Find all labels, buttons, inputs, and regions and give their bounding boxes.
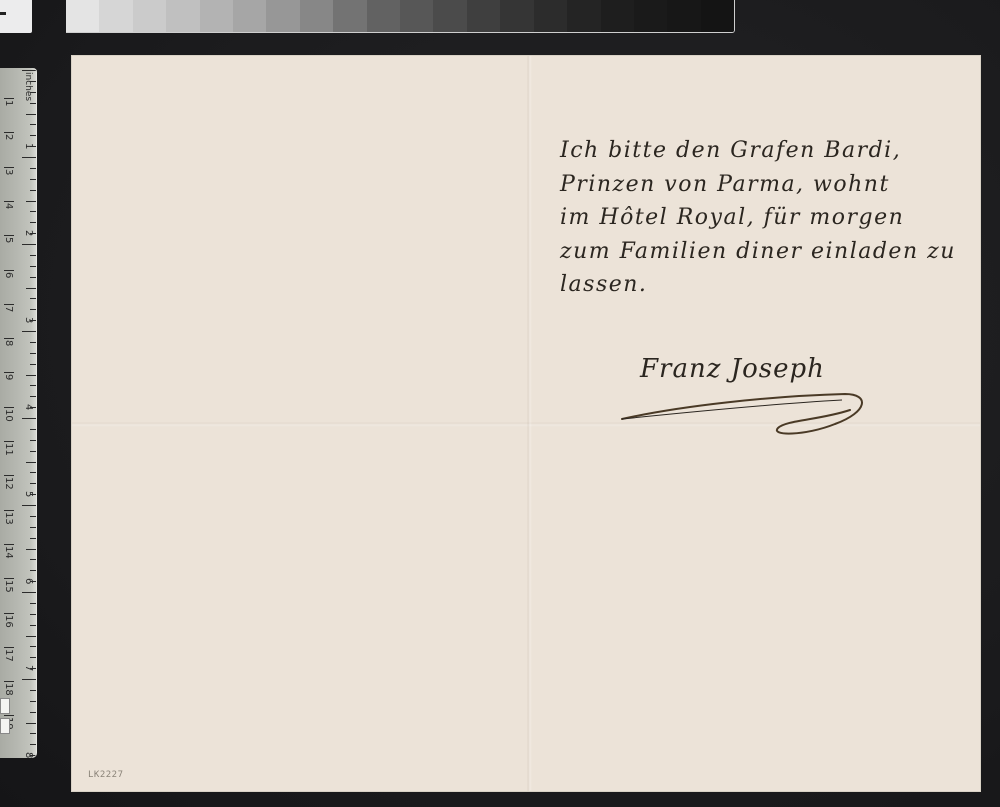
letter-line: lassen.: [560, 268, 980, 302]
gray-patch: [634, 0, 667, 32]
ruler-inch-tick: [30, 614, 36, 615]
ruler-cm-label: 16: [3, 615, 14, 628]
ruler-cm-label: 17: [3, 649, 14, 662]
ruler-inch-tick: [26, 636, 36, 637]
ruler-inch-tick: [26, 114, 36, 115]
ruler-cm-label: 13: [3, 512, 14, 525]
ruler-inch-tick: [30, 625, 36, 626]
ruler-cm-label: 14: [3, 546, 14, 559]
ruler-inch-tick: [30, 559, 36, 560]
gray-patch: [500, 0, 533, 32]
ruler-inch-tick: [30, 211, 36, 212]
ruler-cm-tick: [4, 407, 14, 408]
gray-patch: [266, 0, 299, 32]
signature-flourish-icon: [620, 344, 880, 454]
gray-patch: [300, 0, 333, 32]
gray-patch: [467, 0, 500, 32]
letter-line: Prinzen von Parma, wohnt: [560, 168, 980, 202]
ruler-inch-label: 3: [23, 317, 34, 323]
gray-patch: [66, 0, 99, 32]
ruler-inch-tick: [30, 429, 36, 430]
ruler-inch-tick: [30, 353, 36, 354]
grayscale-calibration-strip: [66, 0, 735, 33]
gray-patch: [200, 0, 233, 32]
ruler-inch-tick: [22, 331, 36, 332]
gray-patch: [166, 0, 199, 32]
ruler-inch-tick: [30, 646, 36, 647]
gray-patch: [601, 0, 634, 32]
ruler-cm-label: 2: [3, 134, 14, 140]
ruler-inch-tick: [30, 440, 36, 441]
ruler-sticker: [0, 698, 10, 714]
ruler-cm-tick: [4, 578, 14, 579]
ruler-inch-tick: [30, 124, 36, 125]
ruler-inch-tick: [30, 527, 36, 528]
ruler-inch-tick: [30, 168, 36, 169]
ruler-inch-label: 2: [23, 230, 34, 236]
ruler-inch-tick: [26, 549, 36, 550]
gray-patch: [133, 0, 166, 32]
ruler-inch-tick: [30, 277, 36, 278]
ruler-inch-tick: [30, 298, 36, 299]
ruler-inch-tick: [30, 472, 36, 473]
ruler-inch-tick: [30, 570, 36, 571]
ruler-inch-tick: [30, 342, 36, 343]
ruler-cm-tick: [4, 647, 14, 648]
ruler-inch-tick: [30, 81, 36, 82]
ruler-inch-tick: [30, 538, 36, 539]
gray-patch: [333, 0, 366, 32]
ruler-inch-tick: [22, 505, 36, 506]
ruler-inch-tick: [30, 92, 36, 93]
ruler-cm-label: 10: [3, 409, 14, 422]
ruler-inch-tick: [30, 733, 36, 734]
ruler-cm-tick: [4, 681, 14, 682]
ruler-inch-tick: [30, 701, 36, 702]
ruler-cm-label: 1: [3, 100, 14, 106]
gray-patch: [534, 0, 567, 32]
ruler-inch-tick: [22, 679, 36, 680]
ruler-cm-label: 9: [3, 374, 14, 380]
letter-line: Ich bitte den Grafen Bardi,: [560, 134, 980, 168]
ruler-cm-label: 11: [3, 443, 14, 456]
ruler-cm-tick: [4, 304, 14, 305]
gray-patch: [667, 0, 700, 32]
ruler-inch-tick: [30, 396, 36, 397]
ruler-inch-label: 8: [23, 752, 34, 758]
ruler-inch-tick: [30, 451, 36, 452]
ruler-cm-tick: [4, 475, 14, 476]
ruler-inch-tick: [30, 266, 36, 267]
ruler-inch-tick: [30, 712, 36, 713]
ruler-cm-label: 3: [3, 169, 14, 175]
ruler-cm-tick: [4, 235, 14, 236]
ruler-inch-tick: [30, 603, 36, 604]
ruler-cm-tick: [4, 98, 14, 99]
ruler-inch-tick: [26, 375, 36, 376]
letter-body: Ich bitte den Grafen Bardi, Prinzen von …: [560, 134, 980, 302]
ruler-inch-tick: [30, 255, 36, 256]
ruler-inch-tick: [30, 690, 36, 691]
ruler-inch-tick: [30, 385, 36, 386]
ruler-inch-label: 5: [23, 491, 34, 497]
ruler-inch-label: 4: [23, 404, 34, 410]
letter-line: im Hôtel Royal, für morgen: [560, 201, 980, 235]
ruler-inch-tick: [22, 157, 36, 158]
ruler-sticker: [0, 718, 10, 734]
ruler-cm-label: 8: [3, 340, 14, 346]
ruler-cm-tick: [4, 441, 14, 442]
calibration-card-edge: [0, 0, 32, 33]
ruler-inch-tick: [22, 418, 36, 419]
ruler-inch-tick: [30, 309, 36, 310]
ruler-inch-label: 6: [23, 578, 34, 584]
ruler-inch-tick: [22, 592, 36, 593]
ruler-inch-tick: [26, 288, 36, 289]
ruler-inch-tick: [30, 103, 36, 104]
archive-id: LK2227: [88, 770, 124, 780]
ruler-cm-label: 7: [3, 306, 14, 312]
ruler-inch-tick: [30, 179, 36, 180]
letter-paper: Ich bitte den Grafen Bardi, Prinzen von …: [72, 56, 980, 791]
gray-patch: [367, 0, 400, 32]
ruler-cm-tick: [4, 613, 14, 614]
ruler-inch-tick: [30, 222, 36, 223]
ruler-cm-label: 5: [3, 237, 14, 243]
ruler-cm-tick: [4, 544, 14, 545]
gray-patch: [400, 0, 433, 32]
ruler-cm-tick: [4, 167, 14, 168]
ruler-inch-tick: [30, 516, 36, 517]
ruler-cm-tick: [4, 372, 14, 373]
ruler-cm-label: 4: [3, 203, 14, 209]
ruler-inch-tick: [22, 244, 36, 245]
ruler-inch-tick: [30, 135, 36, 136]
ruler-inch-tick: [30, 483, 36, 484]
ruler-cm-label: 6: [3, 272, 14, 278]
ruler-cm-tick: [4, 510, 14, 511]
gray-patch: [99, 0, 132, 32]
ruler-inch-tick: [30, 364, 36, 365]
ruler-cm-label: 18: [3, 683, 14, 696]
ruler-cm-label: 12: [3, 477, 14, 490]
letter-line: zum Familien diner einladen zu: [560, 235, 980, 269]
ruler-inch-tick: [26, 462, 36, 463]
card-mark: [0, 12, 6, 15]
ruler-cm-tick: [4, 132, 14, 133]
measurement-ruler: inches 123456789101112131415161718191234…: [0, 68, 37, 758]
ruler-cm-tick: [4, 270, 14, 271]
ruler-inch-tick: [26, 201, 36, 202]
gray-patch: [701, 0, 734, 32]
ruler-inch-label: 7: [23, 665, 34, 671]
ruler-inch-tick: [22, 70, 36, 71]
ruler-inch-tick: [30, 190, 36, 191]
ruler-cm-tick: [4, 201, 14, 202]
ruler-inch-tick: [30, 657, 36, 658]
ruler-inch-tick: [30, 744, 36, 745]
signature: Franz Joseph: [620, 344, 880, 454]
ruler-cm-label: 15: [3, 580, 14, 593]
ruler-inch-tick: [26, 723, 36, 724]
ruler-inch-label: 1: [23, 143, 34, 149]
gray-patch: [233, 0, 266, 32]
ruler-cm-tick: [4, 715, 14, 716]
ruler-unit-label: inches: [23, 72, 33, 101]
gray-patch: [567, 0, 600, 32]
gray-patch: [433, 0, 466, 32]
ruler-cm-tick: [4, 338, 14, 339]
